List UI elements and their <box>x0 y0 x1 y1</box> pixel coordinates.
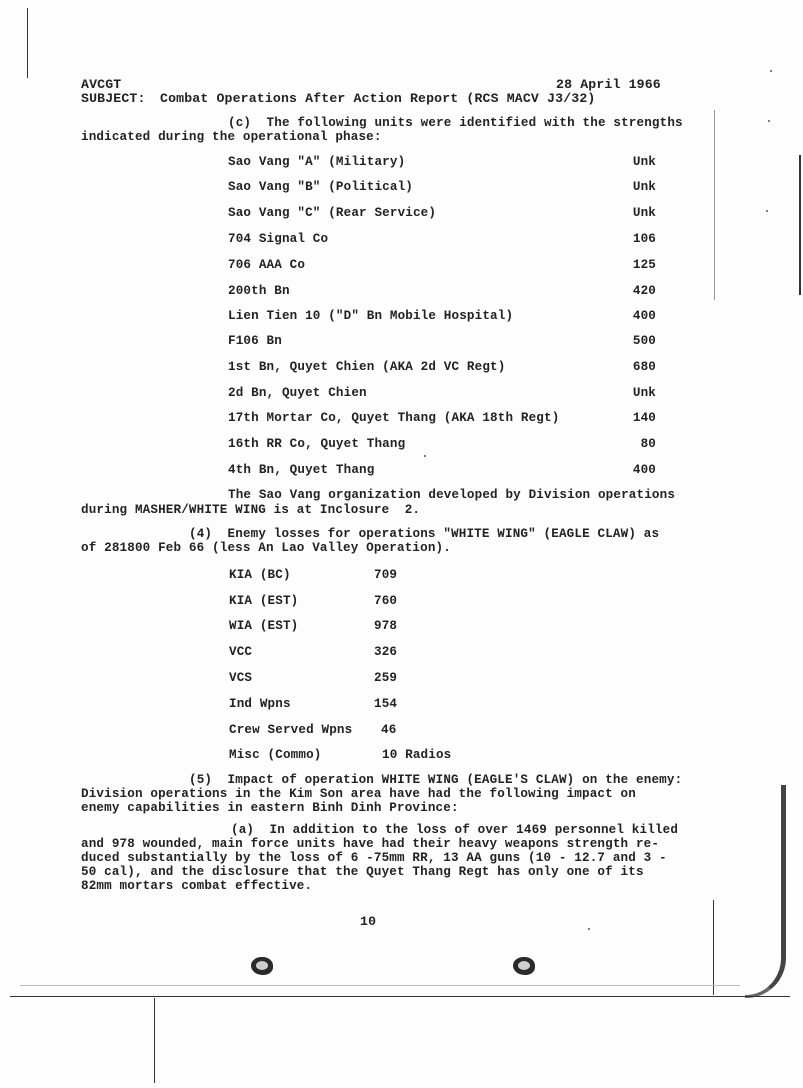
loss-value: 978 <box>374 619 397 633</box>
document-date: 28 April 1966 <box>556 77 661 92</box>
loss-value: 259 <box>374 671 397 685</box>
section-4-line1: (4) Enemy losses for operations "WHITE W… <box>189 527 659 541</box>
loss-label: VCC <box>229 645 252 659</box>
section-c-intro-line2: indicated during the operational phase: <box>81 130 382 144</box>
unit-strength: Unk <box>596 155 656 169</box>
section-5a-line4: 50 cal), and the disclosure that the Quy… <box>81 865 644 879</box>
page-number: 10 <box>360 914 376 929</box>
section-c-note-line1: The Sao Vang organization developed by D… <box>228 488 675 502</box>
section-5-line3: enemy capabilities in eastern Binh Dinh … <box>81 801 459 815</box>
unit-strength: 420 <box>596 284 656 298</box>
unit-name: 706 AAA Co <box>228 258 305 272</box>
page-bottom-edge <box>10 996 790 997</box>
section-c-note-line2: during MASHER/WHITE WING is at Inclosure… <box>81 503 420 517</box>
loss-value: 154 <box>374 697 397 711</box>
unit-name: Sao Vang "A" (Military) <box>228 155 405 169</box>
unit-strength: 680 <box>596 360 656 374</box>
scan-speck <box>424 455 426 457</box>
scan-speck <box>588 928 590 930</box>
loss-value: 326 <box>374 645 397 659</box>
section-5a-line5: 82mm mortars combat effective. <box>81 879 312 893</box>
scan-edge-right-lower <box>713 900 714 995</box>
unit-name: Sao Vang "C" (Rear Service) <box>228 206 436 220</box>
unit-name: 17th Mortar Co, Quyet Thang (AKA 18th Re… <box>228 411 559 425</box>
loss-label: KIA (BC) <box>229 568 291 582</box>
section-4-line2: of 281800 Feb 66 (less An Lao Valley Ope… <box>81 541 451 555</box>
subject-label: SUBJECT: <box>81 91 146 106</box>
loss-value: 709 <box>374 568 397 582</box>
unit-strength: Unk <box>596 206 656 220</box>
scan-edge-left-top <box>27 8 28 78</box>
unit-strength: Unk <box>596 386 656 400</box>
unit-name: F106 Bn <box>228 334 282 348</box>
unit-strength: 140 <box>596 411 656 425</box>
unit-strength: 500 <box>596 334 656 348</box>
unit-name: 4th Bn, Quyet Thang <box>228 463 374 477</box>
loss-label: VCS <box>229 671 252 685</box>
loss-value: 46 <box>381 723 396 737</box>
unit-strength: 106 <box>596 232 656 246</box>
section-5a-line1: (a) In addition to the loss of over 1469… <box>231 823 678 837</box>
unit-name: 200th Bn <box>228 284 290 298</box>
page-bottom-edge-faint <box>20 985 740 986</box>
office-symbol: AVCGT <box>81 77 121 92</box>
section-5a-line2: and 978 wounded, main force units have h… <box>81 837 659 851</box>
scan-speck <box>770 70 772 72</box>
unit-strength: 125 <box>596 258 656 272</box>
unit-strength: Unk <box>596 180 656 194</box>
subject-text: Combat Operations After Action Report (R… <box>160 91 595 106</box>
loss-label: Crew Served Wpns <box>229 723 352 737</box>
unit-strength: 80 <box>596 437 656 451</box>
unit-name: 2d Bn, Quyet Chien <box>228 386 367 400</box>
loss-value: 760 <box>374 594 397 608</box>
section-5-line1: (5) Impact of operation WHITE WING (EAGL… <box>189 773 682 787</box>
loss-label: WIA (EST) <box>229 619 298 633</box>
punch-hole-icon <box>513 957 535 975</box>
loss-label: Ind Wpns <box>229 697 291 711</box>
loss-value: 10 Radios <box>382 748 451 762</box>
unit-name: Sao Vang "B" (Political) <box>228 180 413 194</box>
unit-name: 1st Bn, Quyet Chien (AKA 2d VC Regt) <box>228 360 505 374</box>
scan-speck <box>766 210 768 212</box>
section-c-intro-line1: (c) The following units were identified … <box>228 116 683 130</box>
scan-edge-bottom-divider <box>154 998 155 1083</box>
document-page: AVCGT 28 April 1966 SUBJECT: Combat Oper… <box>0 0 803 1088</box>
scan-edge-right <box>714 110 715 300</box>
scan-speck <box>768 120 770 122</box>
page-corner-curl <box>745 785 786 998</box>
unit-strength: 400 <box>596 309 656 323</box>
unit-name: 16th RR Co, Quyet Thang <box>228 437 405 451</box>
punch-hole-icon <box>251 957 273 975</box>
loss-label: KIA (EST) <box>229 594 298 608</box>
scan-edge-far-right <box>799 155 801 295</box>
unit-name: Lien Tien 10 ("D" Bn Mobile Hospital) <box>228 309 513 323</box>
unit-strength: 400 <box>596 463 656 477</box>
section-5a-line3: duced substantially by the loss of 6 -75… <box>81 851 667 865</box>
loss-label: Misc (Commo) <box>229 748 322 762</box>
unit-name: 704 Signal Co <box>228 232 328 246</box>
section-5-line2: Division operations in the Kim Son area … <box>81 787 636 801</box>
